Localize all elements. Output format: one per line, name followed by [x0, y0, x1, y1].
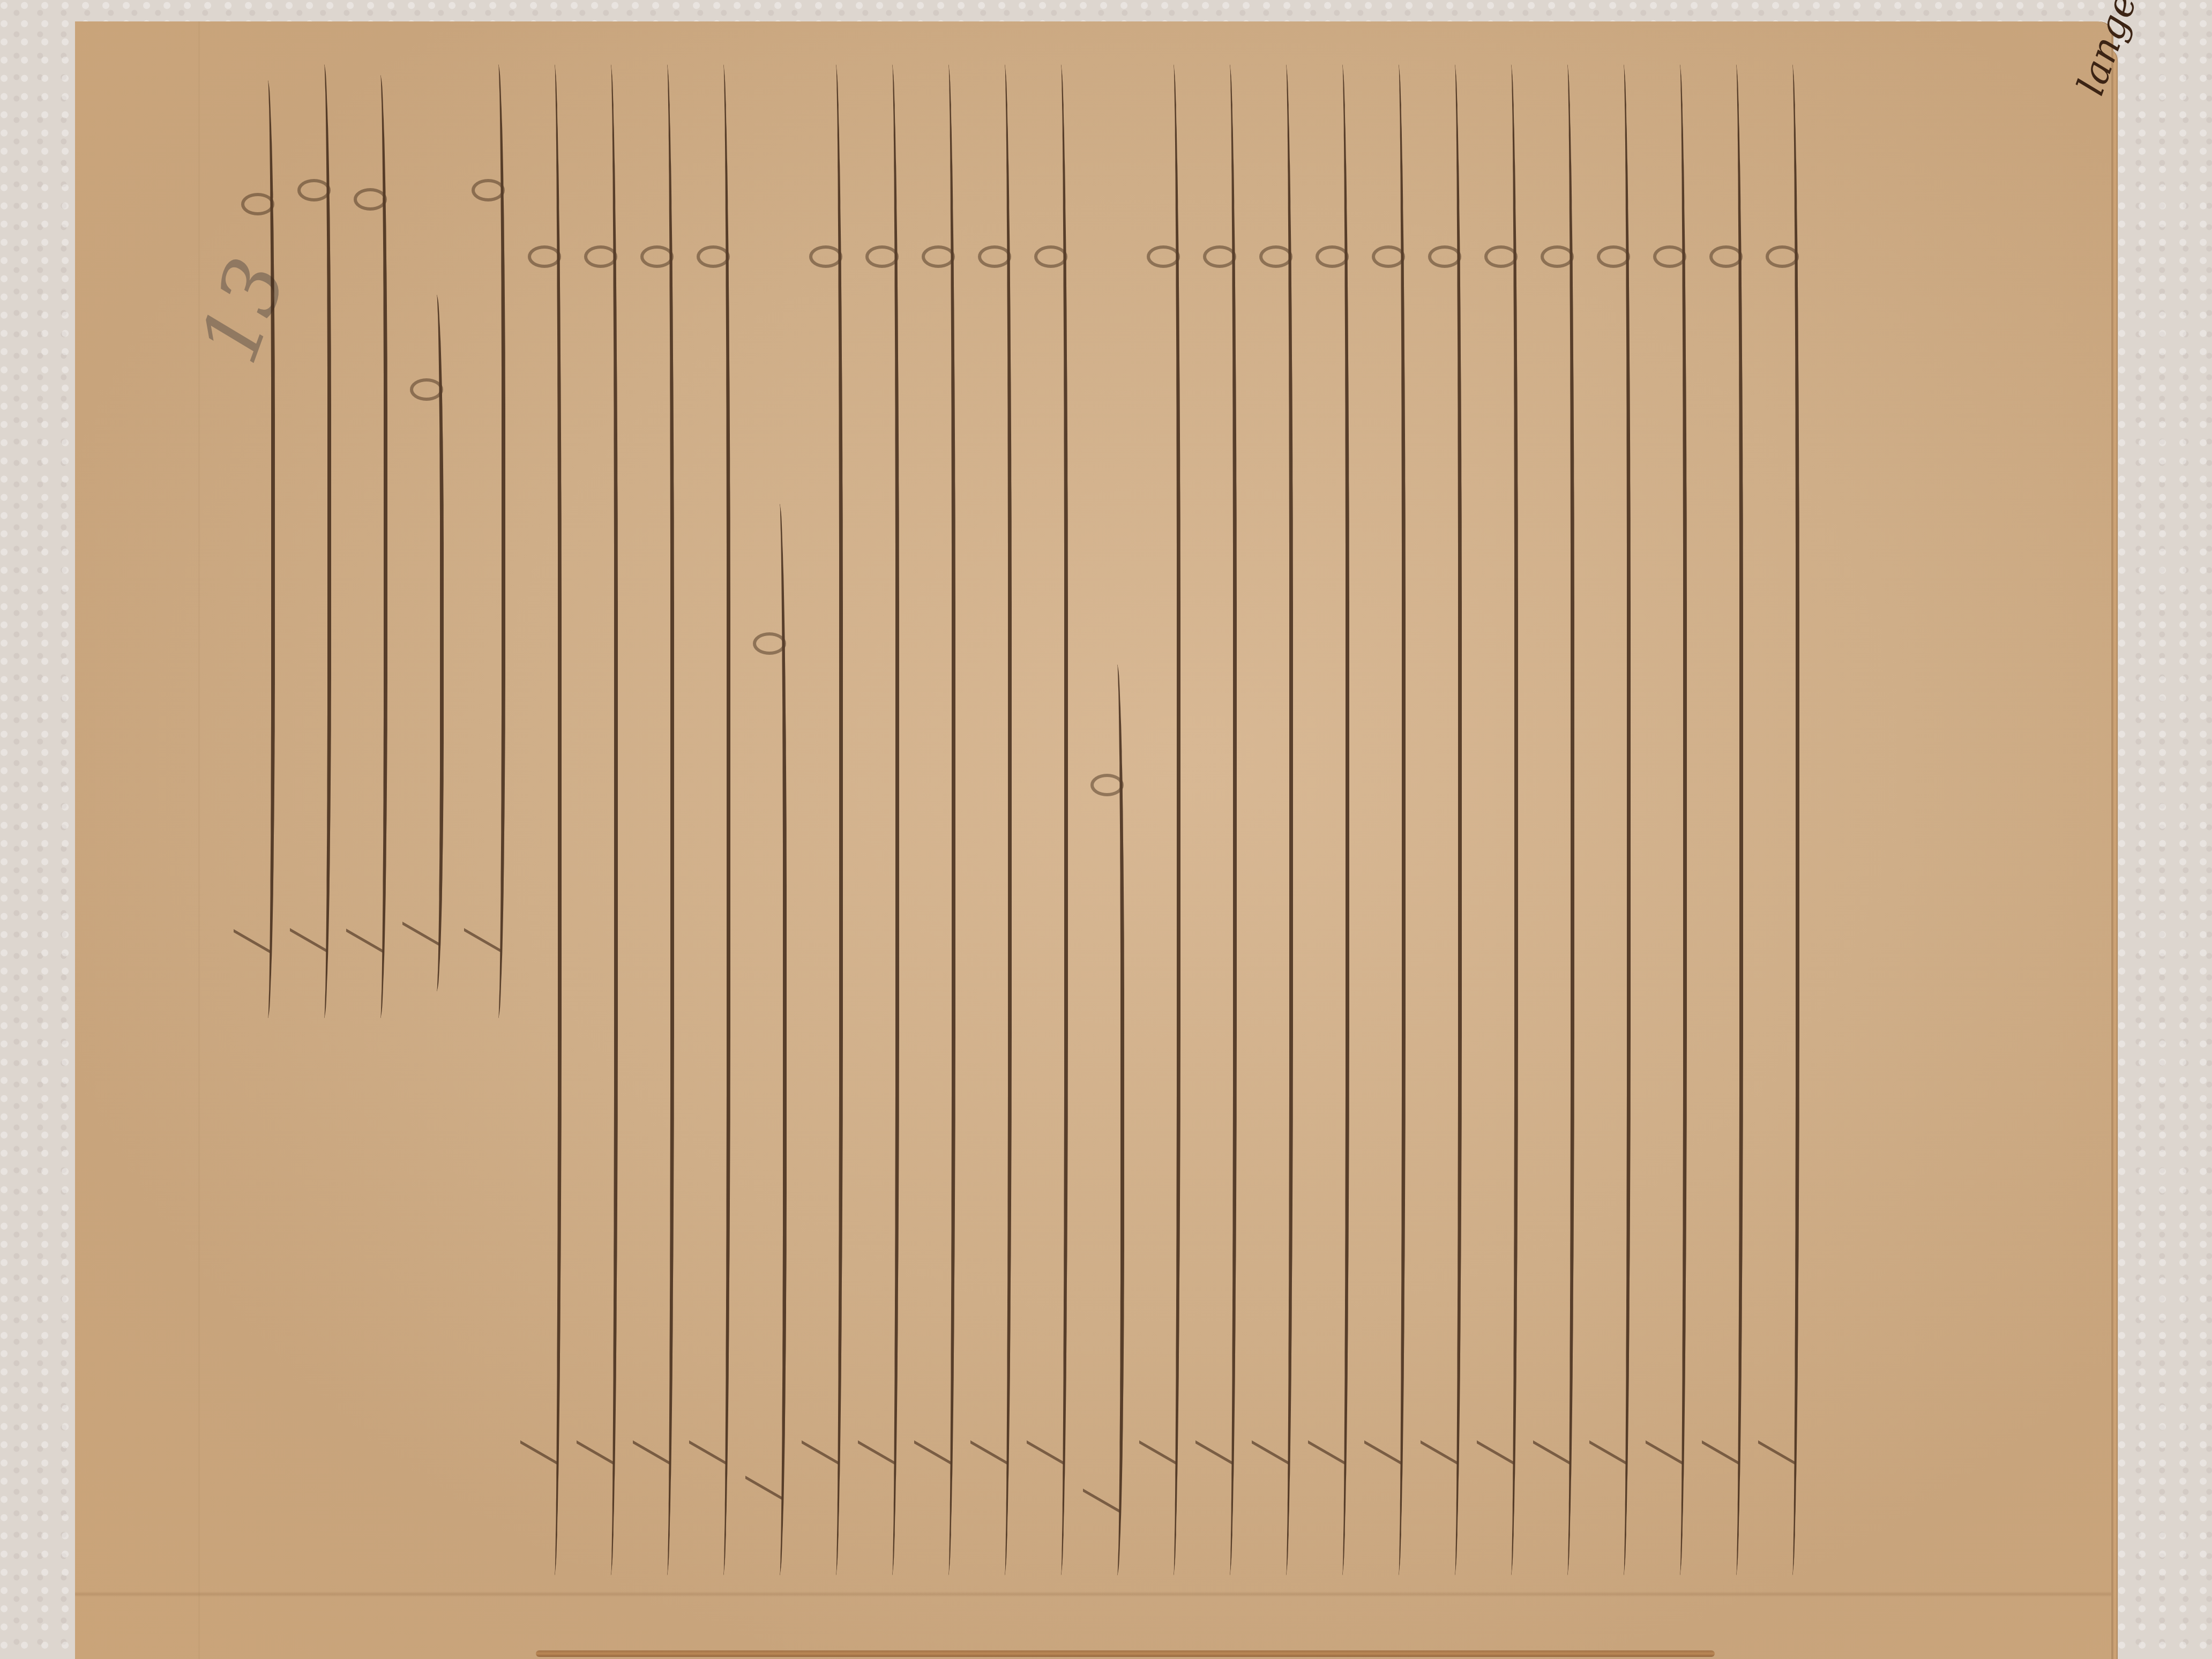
handwritten-line — [1423, 54, 1476, 1608]
handwritten-line — [1366, 54, 1420, 1608]
handwritten-line — [348, 54, 402, 1608]
handwritten-line — [1198, 54, 1251, 1608]
handwritten-line — [1760, 54, 1814, 1608]
handwritten-line — [804, 54, 857, 1608]
handwritten-line — [1254, 54, 1307, 1608]
handwritten-line — [860, 54, 914, 1608]
handwritten-line — [292, 54, 346, 1608]
handwritten-line — [1591, 54, 1645, 1608]
handwritten-line — [1479, 54, 1533, 1608]
handwritten-line — [748, 54, 801, 1608]
handwritten-line — [522, 54, 576, 1608]
handwritten-line — [691, 54, 745, 1608]
handwritten-line — [405, 54, 458, 1608]
handwritten-line — [579, 54, 632, 1608]
handwritten-line — [466, 54, 520, 1608]
handwritten-line — [1141, 54, 1195, 1608]
binding-thread — [536, 1650, 1715, 1657]
handwritten-line — [1648, 54, 1701, 1608]
handwritten-line — [973, 54, 1026, 1608]
handwritten-line — [1029, 54, 1082, 1608]
page-fold — [198, 21, 200, 1659]
handwritten-line — [1704, 54, 1758, 1608]
handwritten-line — [635, 54, 689, 1608]
handwritten-text-block — [236, 54, 2111, 1608]
manuscript-page: 13 lange, — [75, 21, 2111, 1659]
handwritten-line — [1310, 54, 1364, 1608]
handwritten-line — [1085, 54, 1139, 1608]
handwritten-line — [916, 54, 970, 1608]
handwritten-line — [236, 54, 289, 1608]
handwritten-line — [1535, 54, 1589, 1608]
